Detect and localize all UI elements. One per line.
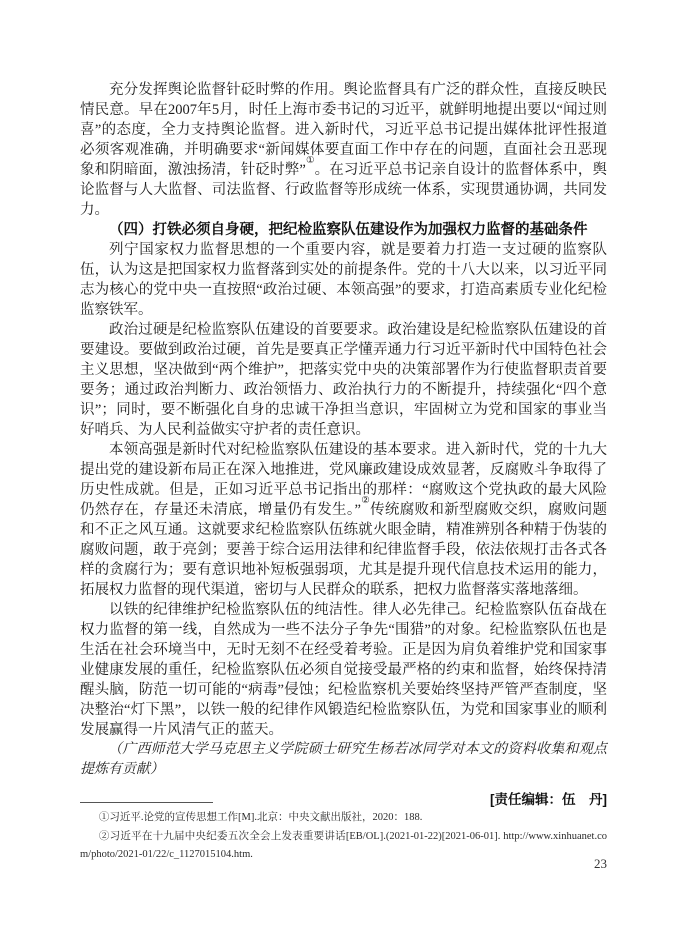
article-body: 充分发挥舆论监督针砭时弊的作用。舆论监督具有广泛的群众性，直接反映民情民意。早在…	[80, 80, 607, 810]
footnote-separator	[80, 802, 213, 803]
journal-page: 充分发挥舆论监督针砭时弊的作用。舆论监督具有广泛的群众性，直接反映民情民意。早在…	[0, 0, 700, 943]
section-heading-iv: （四）打铁必须自身硬，把纪检监察队伍建设作为加强权力监督的基础条件	[80, 220, 607, 240]
paragraph-lenin-thought: 列宁国家权力监督思想的一个重要内容，就是要着力打造一支过硬的监察队伍，认为这是把…	[80, 240, 607, 320]
acknowledgment-note: （广西师范大学马克思主义学院硕士研究生杨若冰同学对本文的资料收集和观点提炼有贡献…	[80, 740, 607, 780]
paragraph-media-supervision: 充分发挥舆论监督针砭时弊的作用。舆论监督具有广泛的群众性，直接反映民情民意。早在…	[80, 80, 607, 220]
page-number: 23	[80, 856, 607, 872]
footnote-ref-1: ①	[306, 156, 315, 166]
footnote-1: ①习近平.论党的宣传思想工作[M].北京：中央文献出版社，2020：188.	[80, 809, 607, 828]
paragraph-political-strength: 政治过硬是纪检监察队伍建设的首要要求。政治建设是纪检监察队伍建设的首要建设。要做…	[80, 320, 607, 440]
paragraph-discipline: 以铁的纪律维护纪检监察队伍的纯洁性。律人必先律己。纪检监察队伍奋战在权力监督的第…	[80, 600, 607, 740]
paragraph-capability: 本领高强是新时代对纪检监察队伍建设的基本要求。进入新时代，党的十九大提出党的建设…	[80, 440, 607, 600]
footnote-ref-2: ②	[361, 496, 370, 506]
